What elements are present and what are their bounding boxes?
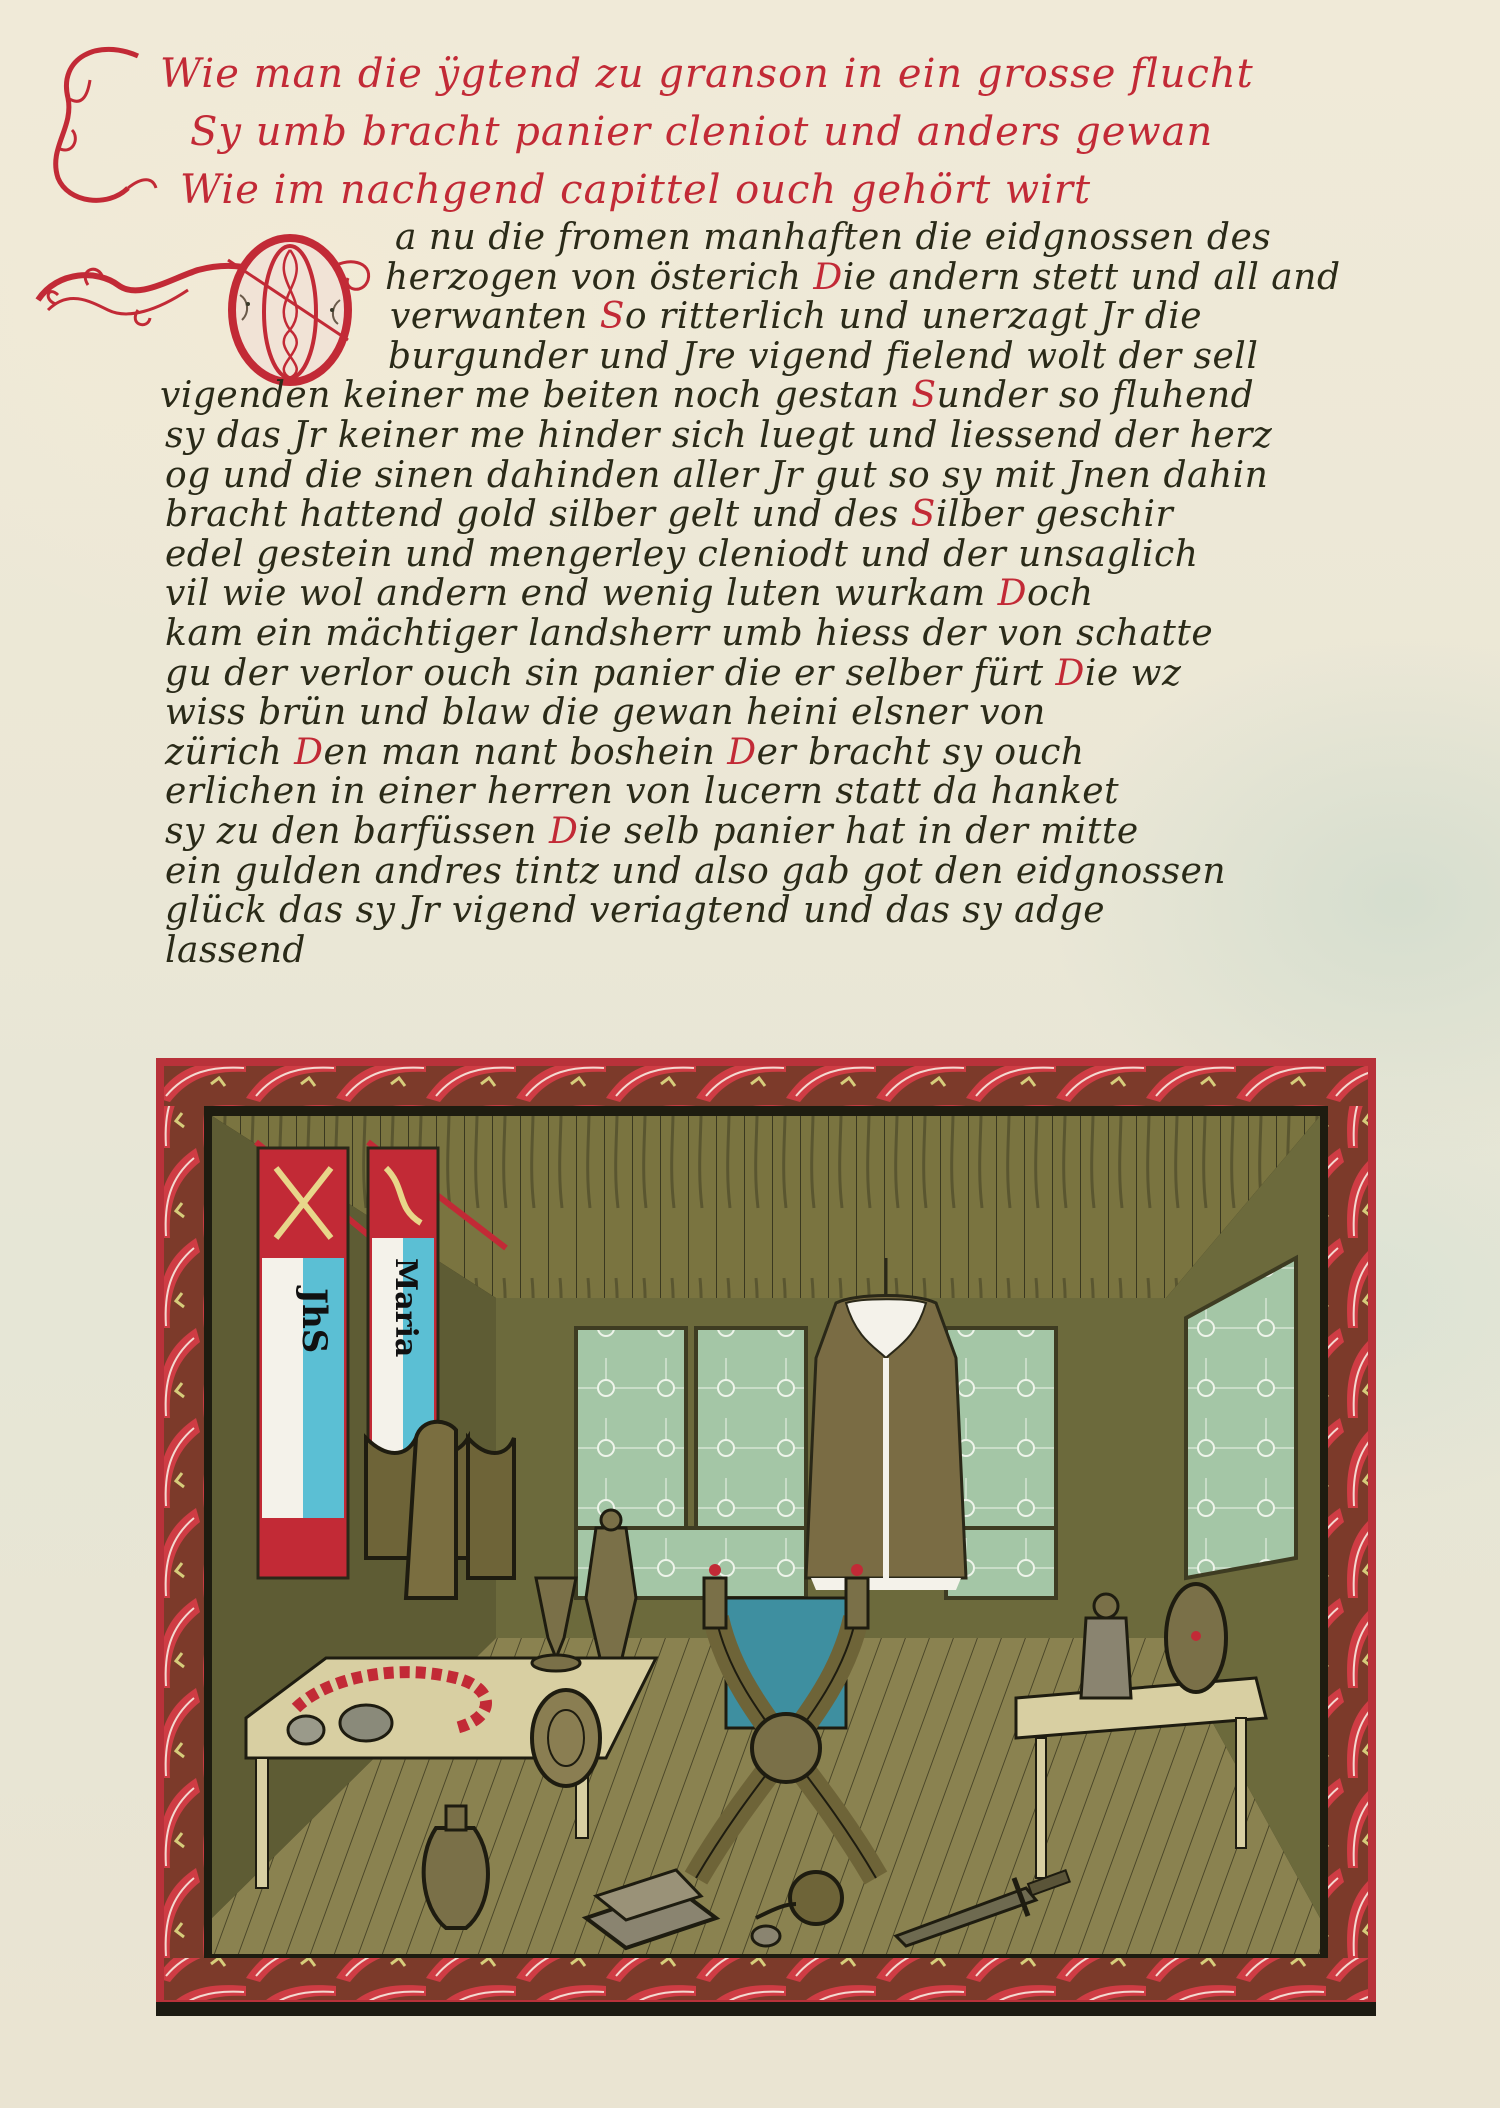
text-line: herzogen von österich Die andern stett u…	[160, 258, 1460, 298]
rubricated-capital: D	[1056, 653, 1085, 694]
rubricated-capital: D	[294, 732, 323, 773]
miniature-illustration: Treasure chamber with captured Burgundia…	[156, 1058, 1376, 2016]
rubricated-capital: D	[727, 732, 756, 773]
text-line: gu der verlor ouch sin panier die er sel…	[160, 654, 1460, 694]
body-text: a nu die fromen manhaften die eidgnossen…	[160, 218, 1460, 970]
rubricated-capital: D	[549, 811, 578, 852]
text-line: lassend	[160, 931, 1460, 971]
rubric-line-1: Wie man die ÿgtend zu granson in ein gro…	[140, 45, 1460, 103]
text-line: erlichen in einer herren von lucern stat…	[160, 772, 1460, 812]
rubric-heading: Wie man die ÿgtend zu granson in ein gro…	[140, 45, 1460, 219]
text-line: verwanten So ritterlich und unerzagt Jr …	[160, 297, 1460, 337]
rubricated-capital: S	[911, 375, 936, 416]
svg-text:Maria: Maria	[388, 1258, 423, 1357]
text-line: vil wie wol andern end wenig luten wurka…	[160, 574, 1460, 614]
text-line: kam ein mächtiger landsherr umb hiess de…	[160, 614, 1460, 654]
frame-border-top	[164, 1066, 1368, 1106]
text-line: sy das Jr keiner me hinder sich luegt un…	[160, 416, 1460, 456]
rubricated-capital: D	[813, 257, 842, 298]
rubricated-capital: D	[998, 573, 1027, 614]
text-line: wiss brün und blaw die gewan heini elsne…	[160, 693, 1460, 733]
text-line: a nu die fromen manhaften die eidgnossen…	[160, 218, 1460, 258]
text-line: bracht hattend gold silber gelt und des …	[160, 495, 1460, 535]
text-line: burgunder und Jre vigend fielend wolt de…	[160, 337, 1460, 377]
rubricated-capital: S	[911, 494, 936, 535]
text-line: og und die sinen dahinden aller Jr gut s…	[160, 456, 1460, 496]
parchment-page: Wie man die ÿgtend zu granson in ein gro…	[0, 0, 1500, 2108]
rubric-line-2: Sy umb bracht panier cleniot und anders …	[140, 103, 1460, 161]
text-line: zürich Den man nant boshein Der bracht s…	[160, 733, 1460, 773]
frame-border-bottom	[164, 1958, 1368, 2000]
text-line: sy zu den barfüssen Die selb panier hat …	[160, 812, 1460, 852]
text-line: edel gestein und mengerley cleniodt und …	[160, 535, 1460, 575]
rubricated-capital: S	[600, 296, 625, 337]
text-line: glück das sy Jr vigend veriagtend und da…	[160, 891, 1460, 931]
text-line: ein gulden andres tintz und also gab got…	[160, 852, 1460, 892]
svg-text:JhS: JhS	[294, 1285, 334, 1353]
text-line: vigenden keiner me beiten noch gestan Su…	[160, 376, 1460, 416]
